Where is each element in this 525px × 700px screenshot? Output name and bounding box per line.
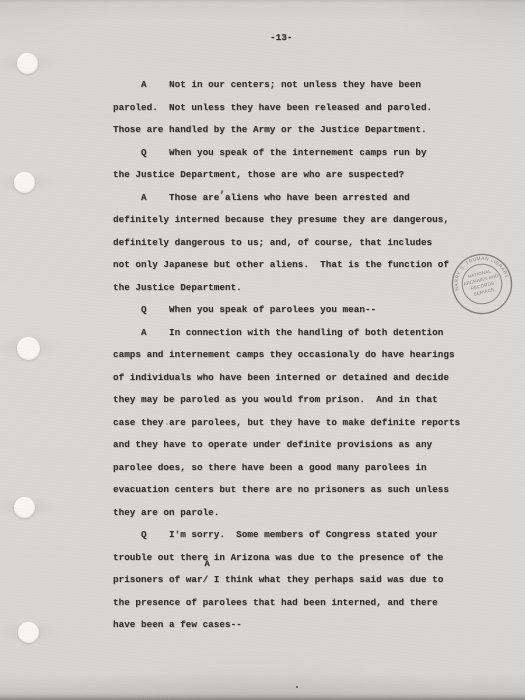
typed-line: A Not in our centers; not unless they ha… — [113, 74, 493, 97]
typed-line: definitely interned because they presume… — [113, 209, 493, 232]
typed-line: prisoners of war/ I think what they perh… — [113, 569, 493, 592]
punch-hole-3 — [17, 337, 40, 360]
typed-line: definitely dangerous to us; and, of cour… — [113, 232, 493, 255]
typed-line: camps and internement camps they occasio… — [113, 344, 493, 367]
punch-hole-4 — [14, 497, 35, 518]
typed-line: the Justice Department. — [113, 277, 493, 300]
typed-line: and they have to operate under definite … — [113, 434, 493, 457]
archival-stamp: HARRY S. TRUMAN LIBRARY NATIONALARCHIVES… — [446, 248, 518, 320]
typed-line: they are on parole. — [113, 502, 493, 525]
stamp-center-text: NATIONALARCHIVES ANDRECORDSSERVICE — [461, 267, 502, 299]
typed-line: they may be paroled as you would from pr… — [113, 389, 493, 412]
dust-speck — [166, 423, 168, 425]
typed-line: the Justice Department, those are who ar… — [113, 164, 493, 187]
punch-hole-1 — [17, 53, 38, 74]
dust-speck — [296, 686, 298, 688]
page-top-edge-shadow — [0, 0, 525, 3]
typed-line: not only Japanese but other aliens. That… — [113, 254, 493, 277]
typed-line: Q I'm sorry. Some members of Congress st… — [113, 524, 493, 547]
scanned-document-page: -13- A Not in our centers; not unless th… — [0, 0, 525, 700]
typed-line: trouble out there in Arizona was due to … — [113, 547, 493, 570]
typed-line: Q When you speak of the internement camp… — [113, 142, 493, 165]
typed-line: evacuation centers but there are no pris… — [113, 479, 493, 502]
typed-line: A Those are aliens who have been arreste… — [113, 187, 493, 210]
typed-line: case they are parolees, but they have to… — [113, 412, 493, 435]
punch-hole-2 — [14, 172, 35, 193]
typed-line: A In connection with the handling of bot… — [113, 322, 493, 345]
typed-text-block: A Not in our centers; not unless they ha… — [113, 74, 493, 637]
typed-line: Q When you speak of parolees you mean-- — [113, 299, 493, 322]
typed-line: paroled. Not unless they have been relea… — [113, 97, 493, 120]
typed-line: Those are handled by the Army or the Jus… — [113, 119, 493, 142]
page-bottom-edge-shadow — [0, 693, 525, 700]
page-number: -13- — [270, 31, 293, 45]
typed-line: the presence of parolees that had been i… — [113, 592, 493, 615]
handwritten-insertion-mark: A — [204, 560, 209, 569]
typed-line: parolee does, so there have been a good … — [113, 457, 493, 480]
typed-line: have been a few cases-- — [113, 614, 493, 637]
punch-hole-5 — [18, 622, 39, 643]
typed-line: of individuals who have been interned or… — [113, 367, 493, 390]
